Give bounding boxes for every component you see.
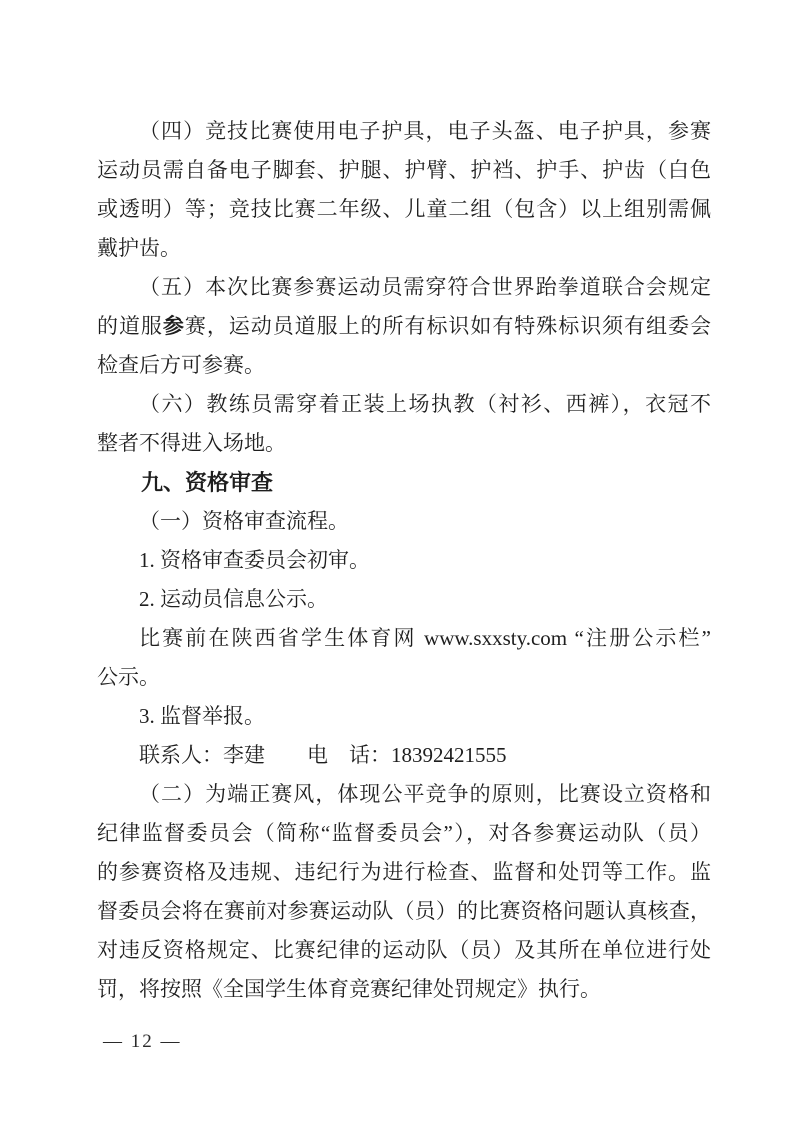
section-heading: 九、资格审查 — [97, 463, 711, 502]
doc-line: 1. 资格审查委员会初审。 — [97, 541, 711, 580]
bold-char: 参 — [163, 314, 185, 338]
doc-line: （四）竞技比赛使用电子护具，电子头盔、电子护具，参赛 — [97, 112, 711, 151]
document-body: （四）竞技比赛使用电子护具，电子头盔、电子护具，参赛 运动员需自备电子脚套、护腿… — [97, 112, 711, 1009]
doc-line: 检查后方可参赛。 — [97, 346, 711, 385]
doc-line: （二）为端正赛风，体现公平竞争的原则，比赛设立资格和 — [97, 775, 711, 814]
doc-line: 的参赛资格及违规、违纪行为进行检查、监督和处罚等工作。监 — [97, 853, 711, 892]
doc-line: 整者不得进入场地。 — [97, 424, 711, 463]
doc-line: 或透明）等；竞技比赛二年级、儿童二组（包含）以上组别需佩 — [97, 190, 711, 229]
doc-line: （六）教练员需穿着正装上场执教（衬衫、西裤），衣冠不 — [97, 385, 711, 424]
document-page: （四）竞技比赛使用电子护具，电子头盔、电子护具，参赛 运动员需自备电子脚套、护腿… — [0, 0, 794, 1123]
doc-line: 比赛前在陕西省学生体育网 www.sxxsty.com “注册公示栏” — [97, 619, 711, 658]
doc-text: 赛，运动员道服上的所有标识如有特殊标识须有组委会 — [185, 314, 711, 338]
doc-line: 对违反资格规定、比赛纪律的运动队（员）及其所在单位进行处 — [97, 931, 711, 970]
doc-text: 的道服 — [97, 314, 163, 338]
doc-line: 2. 运动员信息公示。 — [97, 580, 711, 619]
doc-line: 运动员需自备电子脚套、护腿、护臂、护裆、护手、护齿（白色 — [97, 151, 711, 190]
doc-line: （一）资格审查流程。 — [97, 502, 711, 541]
doc-line: 罚，将按照《全国学生体育竞赛纪律处罚规定》执行。 — [97, 970, 711, 1009]
doc-line: 督委员会将在赛前对参赛运动队（员）的比赛资格问题认真核查， — [97, 892, 711, 931]
doc-line: 的道服参赛，运动员道服上的所有标识如有特殊标识须有组委会 — [97, 307, 711, 346]
doc-line: （五）本次比赛参赛运动员需穿符合世界跆拳道联合会规定 — [97, 268, 711, 307]
doc-line: 纪律监督委员会（简称“监督委员会”），对各参赛运动队（员） — [97, 814, 711, 853]
doc-line: 戴护齿。 — [97, 229, 711, 268]
page-number: — 12 — — [103, 1029, 182, 1055]
doc-line: 3. 监督举报。 — [97, 697, 711, 736]
doc-line: 公示。 — [97, 658, 711, 697]
contact-line: 联系人：李建 电 话：18392421555 — [97, 736, 711, 775]
